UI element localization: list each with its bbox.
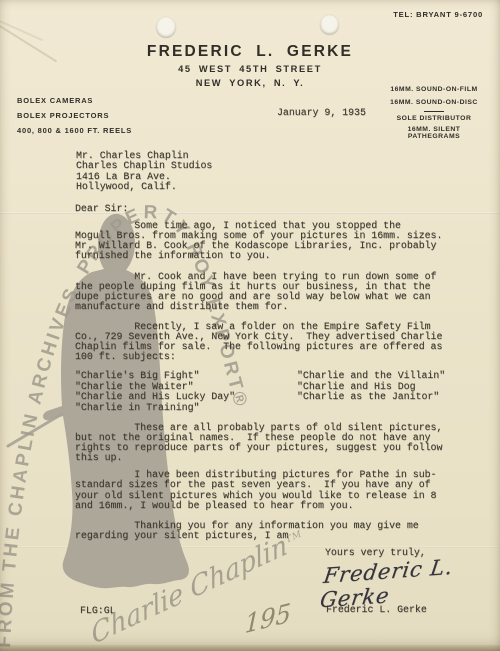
paragraph-4: These are all probably parts of old sile… <box>75 423 442 464</box>
trademark-symbol: TM <box>285 529 303 546</box>
film-list-left: "Charlie's Big Fight" "Charlie the Waite… <box>75 371 235 413</box>
paragraph-2: Mr. Cook and I have been trying to run d… <box>75 272 436 313</box>
salutation: Dear Sir: <box>75 204 128 214</box>
punch-hole-right <box>320 15 339 35</box>
paragraph-1: Some time ago, I noticed that you stoppe… <box>75 221 442 262</box>
paragraph-5: I have been distributing pictures for Pa… <box>75 470 436 511</box>
film-list-right: "Charlie and the Villain" "Charlie and H… <box>297 371 445 403</box>
punch-hole-left <box>156 17 176 38</box>
letter-page: FROM THE CHAPLIN ARCHIVES, PROPERTY ROY … <box>0 0 500 651</box>
paper-bottom-edge <box>0 645 500 651</box>
recipient-address: Mr. Charles Chaplin Charles Chaplin Stud… <box>76 151 212 192</box>
paragraph-6: Thanking you for any information you may… <box>75 521 419 542</box>
paragraph-3: Recently, I saw a folder on the Empire S… <box>75 322 442 363</box>
letter-date: January 9, 1935 <box>277 108 366 118</box>
